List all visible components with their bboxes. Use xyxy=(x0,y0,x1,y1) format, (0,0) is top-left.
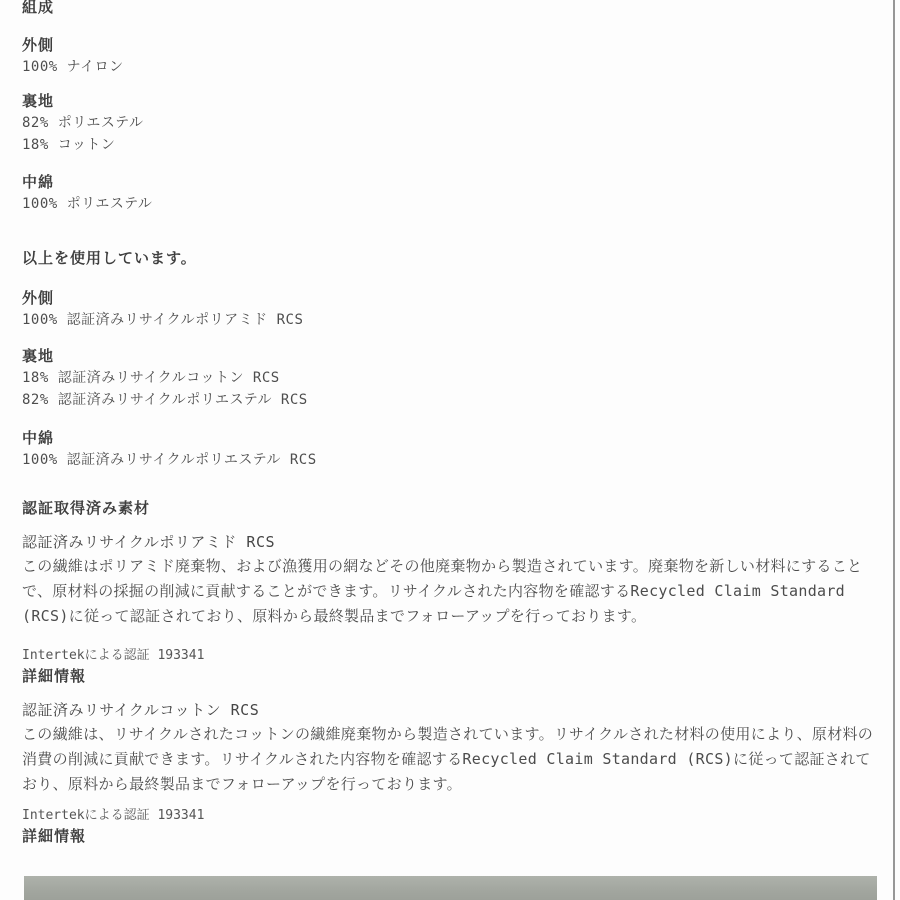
group-label: 外側 xyxy=(22,287,880,309)
certified-material-entry: 認証済みリサイクルポリアミド RCS この繊維はポリアミド廃棄物、および漁獲用の… xyxy=(22,531,880,687)
group-label: 外側 xyxy=(22,34,880,56)
certified-group-padding: 中綿 100% 認証済みリサイクルポリエステル RCS xyxy=(22,427,880,471)
group-label: 中綿 xyxy=(22,427,880,449)
material-description: この繊維は、リサイクルされたコットンの繊維廃棄物から製造されています。リサイクル… xyxy=(22,722,880,797)
certified-group-outer: 外側 100% 認証済みリサイクルポリアミド RCS xyxy=(22,287,880,331)
composition-item: 18% コットン xyxy=(22,134,880,156)
composition-group-padding: 中綿 100% ポリエステル xyxy=(22,171,880,215)
usage-note: 以上を使用しています。 xyxy=(22,247,880,269)
certified-item: 18% 認証済みリサイクルコットン RCS xyxy=(22,367,880,389)
certified-item: 82% 認証済みリサイクルポリエステル RCS xyxy=(22,389,880,411)
material-description: この繊維はポリアミド廃棄物、および漁獲用の網などその他廃棄物から製造されています… xyxy=(22,554,880,629)
material-name: 認証済みリサイクルコットン RCS xyxy=(22,699,880,722)
composition-group-outer: 外側 100% ナイロン xyxy=(22,34,880,78)
composition-title: 組成 xyxy=(22,0,880,18)
composition-item: 100% ナイロン xyxy=(22,56,880,78)
group-label: 中綿 xyxy=(22,171,880,193)
group-label: 裏地 xyxy=(22,90,880,112)
material-name: 認証済みリサイクルポリアミド RCS xyxy=(22,531,880,554)
certified-item: 100% 認証済みリサイクルポリエステル RCS xyxy=(22,449,880,471)
next-image-top-edge xyxy=(24,876,877,900)
details-link[interactable]: 詳細情報 xyxy=(22,666,86,687)
composition-item: 100% ポリエステル xyxy=(22,193,880,215)
composition-group-lining: 裏地 82% ポリエステル 18% コットン xyxy=(22,90,880,156)
certified-materials-title: 認証取得済み素材 xyxy=(22,497,880,519)
certification-number: Intertekによる認証 193341 xyxy=(22,806,880,826)
certified-group-lining: 裏地 18% 認証済みリサイクルコットン RCS 82% 認証済みリサイクルポリ… xyxy=(22,345,880,411)
certified-material-entry: 認証済みリサイクルコットン RCS この繊維は、リサイクルされたコットンの繊維廃… xyxy=(22,699,880,847)
details-link[interactable]: 詳細情報 xyxy=(22,826,86,847)
group-label: 裏地 xyxy=(22,345,880,367)
certification-number: Intertekによる認証 193341 xyxy=(22,646,880,666)
certified-item: 100% 認証済みリサイクルポリアミド RCS xyxy=(22,309,880,331)
composition-section: 組成 外側 100% ナイロン 裏地 82% ポリエステル 18% コットン 中… xyxy=(0,0,900,847)
page-right-border xyxy=(893,0,895,900)
composition-item: 82% ポリエステル xyxy=(22,112,880,134)
